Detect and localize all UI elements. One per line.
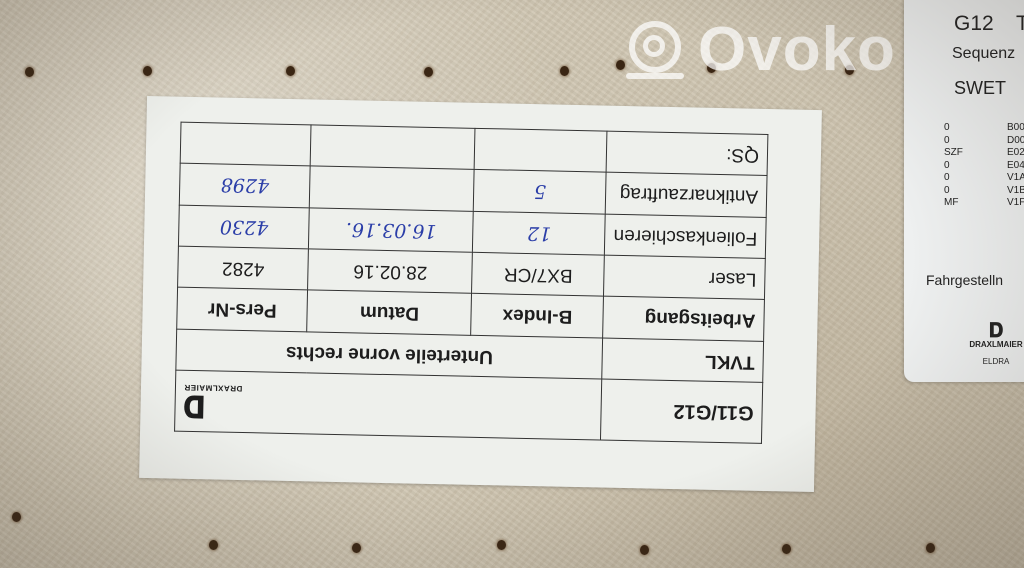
side-label-title-suffix: T	[1016, 12, 1024, 36]
code-row: 0V1A	[944, 172, 1024, 185]
step-name: Folienkaschieren	[605, 214, 766, 259]
code-list: 0B00 0D00 SZFE02 0E04 0V1A 0V1B MFV1F	[944, 122, 1024, 210]
qs-label: QS:	[606, 131, 767, 176]
part-label: G11/G12 𝐃 DRAXLMAIER TVKL Unterteile vor…	[139, 96, 822, 492]
date-value: 16.03.16.	[309, 208, 474, 253]
pers-nr-value: 4230	[178, 205, 309, 249]
brand-cell: 𝐃 DRAXLMAIER	[175, 370, 603, 440]
pers-nr-value: 4298	[179, 164, 310, 208]
part-code: TVKL	[602, 338, 763, 383]
code-row: 0B00	[944, 122, 1024, 135]
board-hole	[616, 60, 625, 70]
empty-cell	[180, 122, 311, 166]
code-row: 0E04	[944, 160, 1024, 173]
table-row: G11/G12 𝐃 DRAXLMAIER	[175, 370, 763, 443]
side-label-title: G12	[954, 12, 994, 36]
side-label: G12 T Sequenz SWET 0B00 0D00 SZFE02 0E04…	[904, 0, 1024, 382]
b-index-value: 12	[473, 211, 606, 255]
step-name: Laser	[604, 255, 765, 300]
board-hole	[12, 512, 21, 522]
board-hole	[497, 540, 506, 550]
date-value: 28.02.16	[308, 249, 473, 294]
model-cell: G11/G12	[601, 379, 763, 444]
empty-cell	[474, 128, 607, 172]
board-hole	[560, 66, 569, 76]
ovoko-logo-icon	[626, 21, 684, 79]
code-row: 0V1B	[944, 185, 1024, 198]
board-hole	[286, 66, 295, 76]
brand-sub: ELDRA	[956, 357, 1024, 366]
side-label-section: SWET	[954, 78, 1006, 99]
side-brand-logo: 𝐃 DRAXLMAIER ELDRA	[956, 322, 1024, 366]
side-label-subtitle: Sequenz	[952, 45, 1015, 63]
step-name: Antiknarzauftrag	[606, 172, 767, 217]
header-b-index: B-Index	[471, 294, 604, 338]
board-hole	[424, 67, 433, 77]
board-hole	[926, 543, 935, 553]
label-table: G11/G12 𝐃 DRAXLMAIER TVKL Unterteile vor…	[174, 122, 768, 444]
board-hole	[782, 544, 791, 554]
board-hole	[640, 545, 649, 555]
b-index-value: 5	[474, 170, 607, 214]
board-hole	[25, 67, 34, 77]
board-hole	[209, 540, 218, 550]
code-row: MFV1F	[944, 197, 1024, 210]
header-pers-nr: Pers-Nr	[177, 287, 308, 331]
brand-name: DRAXLMAIER	[956, 340, 1024, 349]
watermark: Ovoko	[626, 14, 896, 85]
date-value	[310, 166, 475, 211]
header-datum: Datum	[307, 290, 472, 335]
pers-nr-value: 4282	[178, 246, 309, 290]
code-row: 0D00	[944, 135, 1024, 148]
chassis-number-label: Fahrgestelln	[926, 272, 1003, 288]
code-row: SZFE02	[944, 147, 1024, 160]
board-hole	[143, 66, 152, 76]
watermark-text: Ovoko	[698, 14, 896, 85]
b-index-value: BX7/CR	[472, 252, 605, 296]
board-hole	[352, 543, 361, 553]
header-arbeitsgang: Arbeitsgang	[603, 296, 764, 341]
draexlmaier-d-logo-icon: 𝐃	[956, 322, 1024, 340]
empty-cell	[311, 125, 476, 170]
